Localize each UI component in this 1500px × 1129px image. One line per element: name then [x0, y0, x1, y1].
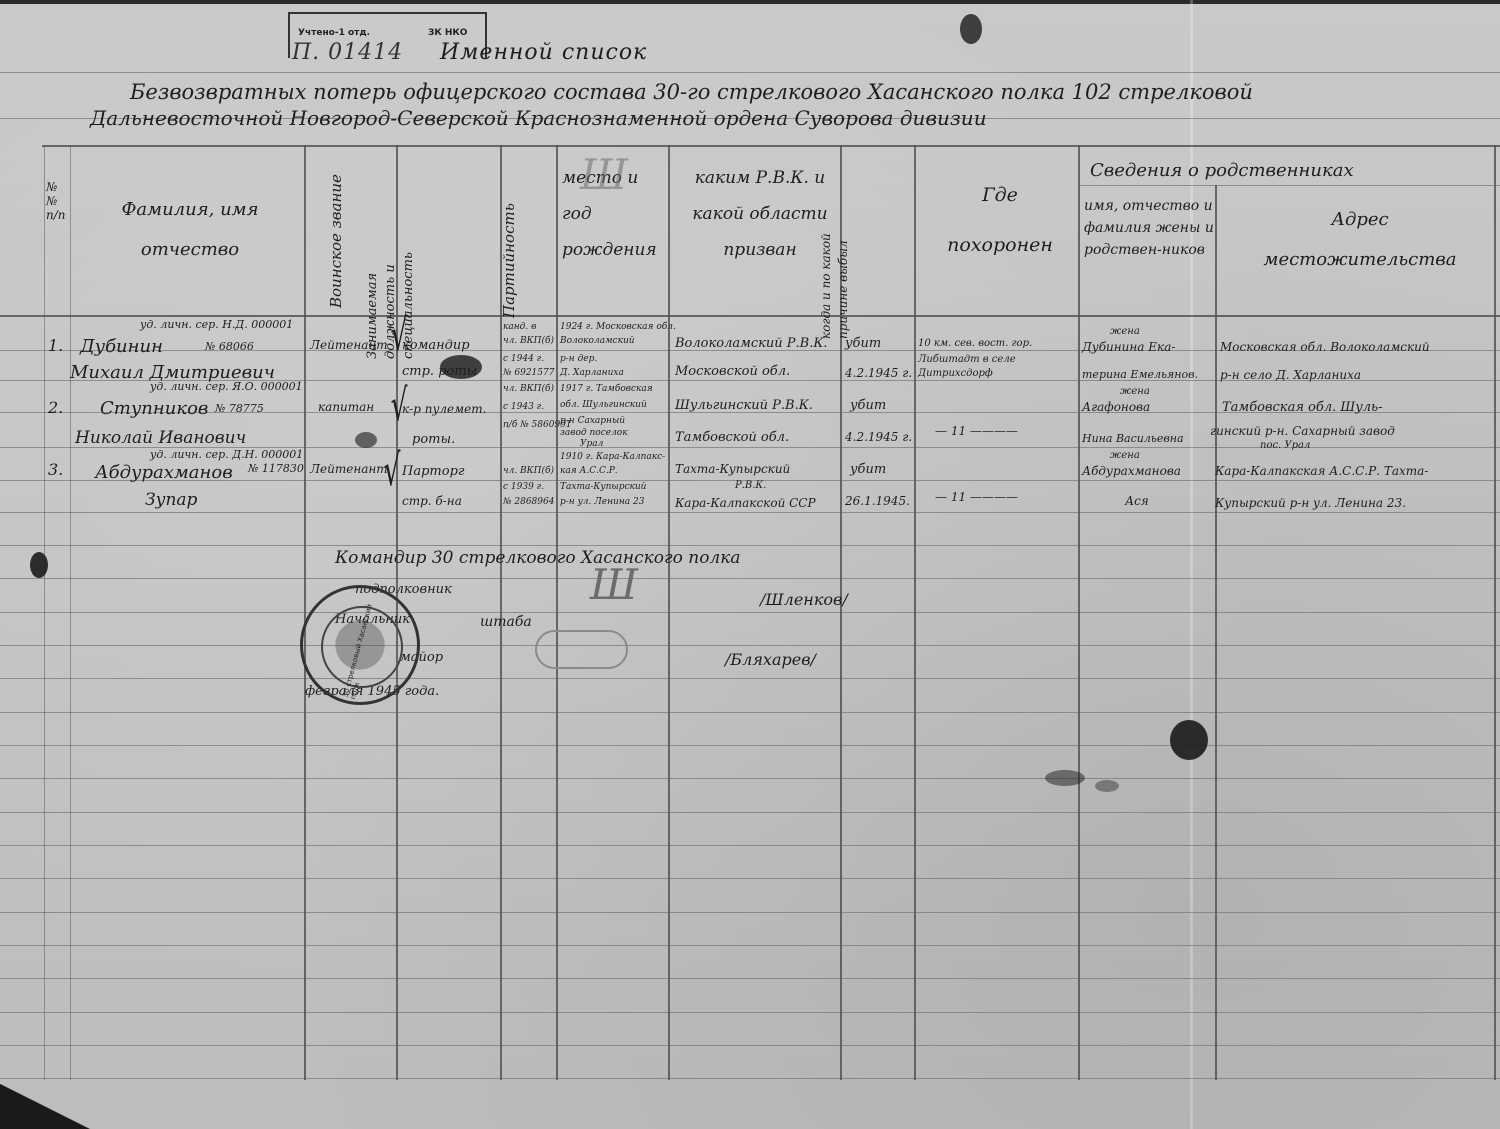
- chief-signature: /Бляхарев/: [725, 650, 816, 669]
- position: роты.: [412, 432, 455, 447]
- surname: Ступников: [100, 398, 208, 419]
- id-note: уд. личн. сер. Д.Н. 000001: [150, 448, 303, 461]
- fate: убит: [845, 336, 881, 351]
- burial-place: Либштадт в селе: [918, 354, 1016, 365]
- birthplace: завод поселок: [560, 428, 628, 438]
- chief-of-staff-label: штаба: [480, 614, 532, 630]
- id-number: № 78775: [215, 402, 264, 415]
- row-number: 2.: [48, 398, 63, 417]
- burial-place: — 11 ————: [935, 490, 1018, 504]
- given-names: Николай Иванович: [75, 428, 246, 448]
- id-number: № 68066: [205, 340, 254, 353]
- header-party: Партийность: [500, 203, 518, 318]
- header-relatives-name: имя, отчество и фамилия жены и родствен-…: [1084, 195, 1214, 261]
- party: № 2868964: [503, 497, 554, 507]
- check-mark: √: [391, 380, 408, 431]
- scan-top-edge: [0, 0, 1500, 4]
- relative-name: Агафонова: [1082, 400, 1150, 414]
- party: канд. в: [503, 322, 536, 332]
- birthplace: Тахта-Купырский: [560, 482, 646, 492]
- rvk: Тахта-Купырский: [675, 462, 790, 476]
- header-rvk: каким Р.В.К. и какой области призван: [680, 160, 840, 268]
- pencil-signature-scrawl: [535, 630, 628, 669]
- position: командир: [402, 338, 470, 353]
- header-buried: Где похоронен: [930, 170, 1070, 270]
- burial-place: Дитрихсдорф: [918, 368, 993, 379]
- party: с 1944 г.: [503, 354, 544, 364]
- relative-role: жена: [1110, 326, 1140, 337]
- check-mark: √: [391, 310, 408, 361]
- subtitle-line-2: Дальневосточной Новгород-Северской Красн…: [90, 106, 987, 130]
- relative-name: терина Емельянов.: [1082, 368, 1198, 381]
- birthplace: 1917 г. Тамбовская: [560, 384, 653, 394]
- pencil-signature-scrawl: Ш: [580, 150, 628, 199]
- birthplace: 1924 г. Московская обл.: [560, 322, 676, 332]
- row-number: 3.: [48, 460, 63, 479]
- relative-role: жена: [1110, 450, 1140, 461]
- given-names: Зупар: [145, 490, 197, 510]
- party: чл. ВКП(б): [503, 466, 554, 476]
- rvk: Волоколамский Р.В.К.: [675, 336, 828, 351]
- stamp-text: Учтено-1 отд.: [298, 28, 370, 38]
- relative-name: Ася: [1125, 494, 1149, 508]
- relative-role: жена: [1120, 386, 1150, 397]
- relative-name: Дубинина Ека-: [1082, 340, 1175, 354]
- burial-place: — 11 ————: [935, 424, 1018, 438]
- relative-name: Абдурахманова: [1082, 464, 1181, 478]
- rvk: Тамбовской обл.: [675, 430, 789, 445]
- official-seal: 30 стрелковый Хасанский полк: [300, 585, 420, 705]
- relative-name: Нина Васильевна: [1082, 432, 1184, 445]
- birthplace: р-н дер.: [560, 354, 597, 364]
- header-number: № № п/п: [46, 180, 68, 222]
- id-number: № 117830: [248, 462, 304, 475]
- birthplace: кая А.С.С.Р.: [560, 466, 618, 476]
- birthplace: Урал: [580, 439, 603, 449]
- birthplace: р-н Сахарный: [560, 416, 625, 426]
- relative-address: Московская обл. Волоколамский: [1220, 340, 1430, 354]
- fate-date: 26.1.1945.: [845, 494, 910, 508]
- fate-date: 4.2.1945 г.: [845, 366, 912, 380]
- fate: убит: [850, 462, 886, 477]
- document-number: П. 01414: [292, 40, 403, 65]
- stamp-text-right: ЗК НКО: [428, 28, 467, 38]
- rvk: Р.В.К.: [735, 480, 766, 491]
- header-name: Фамилия, имя отчество: [90, 190, 290, 270]
- check-mark: √: [384, 445, 401, 496]
- party: чл. ВКП(б): [503, 384, 554, 394]
- position: к-р пулемет.: [402, 402, 486, 416]
- rank: Лейтенант: [310, 462, 388, 476]
- birthplace: обл. Шульгинский: [560, 400, 647, 410]
- pencil-signature-scrawl: Ш: [590, 560, 638, 609]
- header-rank: Воинское звание: [327, 174, 345, 308]
- header-relatives: Сведения о родственниках: [1090, 160, 1354, 181]
- party: № 6921577: [503, 368, 554, 378]
- relative-address: Тамбовская обл. Шуль-: [1222, 400, 1383, 415]
- rank: капитан: [318, 400, 374, 414]
- header-relatives-address: Адрес местожительства: [1250, 200, 1470, 280]
- party: с 1943 г.: [503, 402, 544, 412]
- birthplace: Д. Харланиха: [560, 368, 624, 378]
- surname: Абдурахманов: [95, 462, 233, 483]
- birthplace: р-н ул. Ленина 23: [560, 497, 644, 507]
- position: стр. б-на: [402, 494, 462, 508]
- party: с 1939 г.: [503, 482, 544, 492]
- id-note: уд. личн. сер. Н.Д. 000001: [140, 318, 293, 331]
- party: чл. ВКП(б): [503, 336, 554, 346]
- surname: Дубинин: [80, 336, 163, 357]
- header-when-died: когда и по какой причине выбыл: [818, 189, 852, 339]
- relative-address: р-н село Д. Харланиха: [1220, 368, 1361, 382]
- rvk: Московской обл.: [675, 364, 790, 379]
- relative-address: Купырский р-н ул. Ленина 23.: [1215, 496, 1406, 510]
- document-page: Учтено-1 отд. ЗК НКО П. 01414 Именной сп…: [0, 0, 1500, 1129]
- fate-date: 4.2.1945 г.: [845, 430, 912, 444]
- commander-line: Командир 30 стрелкового Хасанского полка: [335, 548, 741, 568]
- rank: Лейтенант: [310, 338, 388, 352]
- row-number: 1.: [48, 336, 63, 355]
- fate: убит: [850, 398, 886, 413]
- birthplace: 1910 г. Кара-Калпакс-: [560, 452, 665, 462]
- birthplace: Волоколамский: [560, 336, 635, 346]
- relative-address: гинский р-н. Сахарный завод: [1210, 424, 1395, 438]
- subtitle-line-1: Безвозвратных потерь офицерского состава…: [130, 80, 1253, 104]
- id-note: уд. личн. сер. Я.О. 000001: [150, 380, 303, 393]
- relative-address: пос. Урал: [1260, 440, 1310, 451]
- position: Парторг: [402, 464, 464, 479]
- relative-address: Кара-Калпакская А.С.С.Р. Тахта-: [1215, 464, 1428, 478]
- rvk: Кара-Калпакской ССР: [675, 496, 816, 510]
- commander-signature: /Шленков/: [760, 590, 848, 609]
- burial-place: 10 км. сев. вост. гор.: [918, 338, 1032, 349]
- rvk: Шульгинский Р.В.К.: [675, 398, 813, 413]
- page-title: Именной список: [440, 40, 647, 65]
